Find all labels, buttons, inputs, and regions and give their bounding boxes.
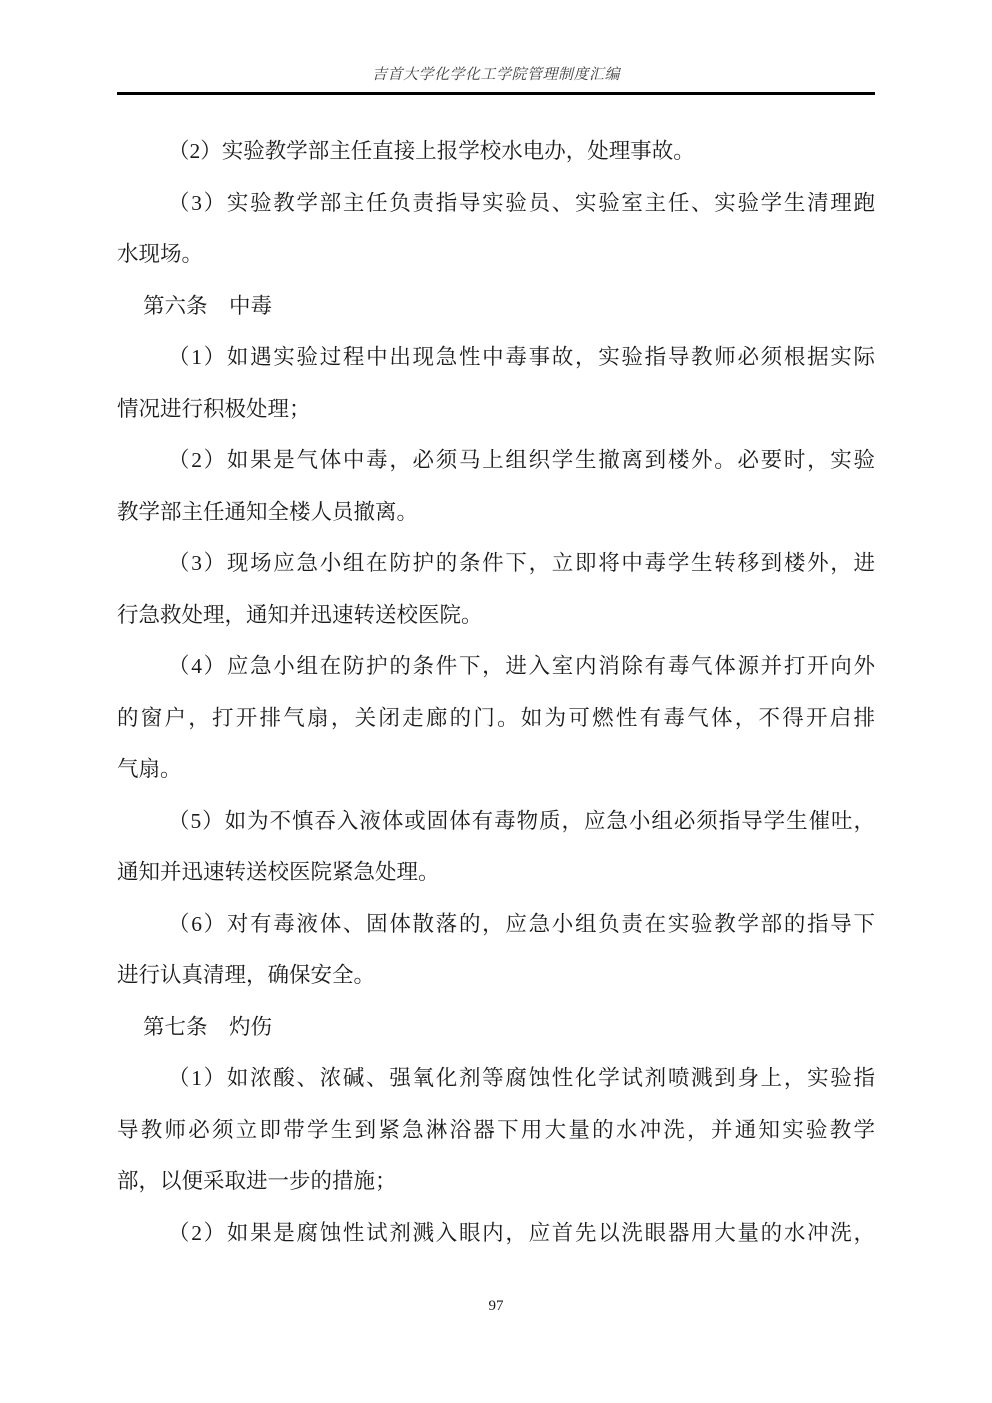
section-heading: 第七条 灼伤 xyxy=(117,1002,875,1054)
text-line: 教学部主任通知全楼人员撤离。 xyxy=(117,487,875,539)
text-line: （2）如果是气体中毒，必须马上组织学生撤离到楼外。必要时，实验 xyxy=(117,435,875,487)
document-page: 吉首大学化学化工学院管理制度汇编 （2）实验教学部主任直接上报学校水电办，处理事… xyxy=(0,0,992,1403)
text-line: （1）如浓酸、浓碱、强氧化剂等腐蚀性化学试剂喷溅到身上，实验指 xyxy=(117,1053,875,1105)
text-line: （3）实验教学部主任负责指导实验员、实验室主任、实验学生清理跑 xyxy=(117,178,875,230)
text-line: 的窗户，打开排气扇，关闭走廊的门。如为可燃性有毒气体，不得开启排 xyxy=(117,693,875,745)
text-line: （2）如果是腐蚀性试剂溅入眼内，应首先以洗眼器用大量的水冲洗， xyxy=(117,1208,875,1260)
document-body: （2）实验教学部主任直接上报学校水电办，处理事故。（3）实验教学部主任负责指导实… xyxy=(117,126,875,1259)
page-header-title: 吉首大学化学化工学院管理制度汇编 xyxy=(0,64,992,86)
text-line: 部，以便采取进一步的措施； xyxy=(117,1156,875,1208)
text-line: （6）对有毒液体、固体散落的，应急小组负责在实验教学部的指导下 xyxy=(117,899,875,951)
text-line: 气扇。 xyxy=(117,744,875,796)
text-line: 行急救处理，通知并迅速转送校医院。 xyxy=(117,590,875,642)
header-divider-rule xyxy=(117,92,875,95)
text-line: 导教师必须立即带学生到紧急淋浴器下用大量的水冲洗，并通知实验教学 xyxy=(117,1105,875,1157)
text-line: 水现场。 xyxy=(117,229,875,281)
text-line: 通知并迅速转送校医院紧急处理。 xyxy=(117,847,875,899)
text-line: （4）应急小组在防护的条件下，进入室内消除有毒气体源并打开向外 xyxy=(117,641,875,693)
text-line: 情况进行积极处理； xyxy=(117,384,875,436)
text-line: （1）如遇实验过程中出现急性中毒事故，实验指导教师必须根据实际 xyxy=(117,332,875,384)
text-line: （5）如为不慎吞入液体或固体有毒物质，应急小组必须指导学生催吐， xyxy=(117,796,875,848)
text-line: 进行认真清理，确保安全。 xyxy=(117,950,875,1002)
page-number: 97 xyxy=(0,1298,992,1315)
text-line: （3）现场应急小组在防护的条件下，立即将中毒学生转移到楼外，进 xyxy=(117,538,875,590)
section-heading: 第六条 中毒 xyxy=(117,281,875,333)
text-line: （2）实验教学部主任直接上报学校水电办，处理事故。 xyxy=(117,126,875,178)
